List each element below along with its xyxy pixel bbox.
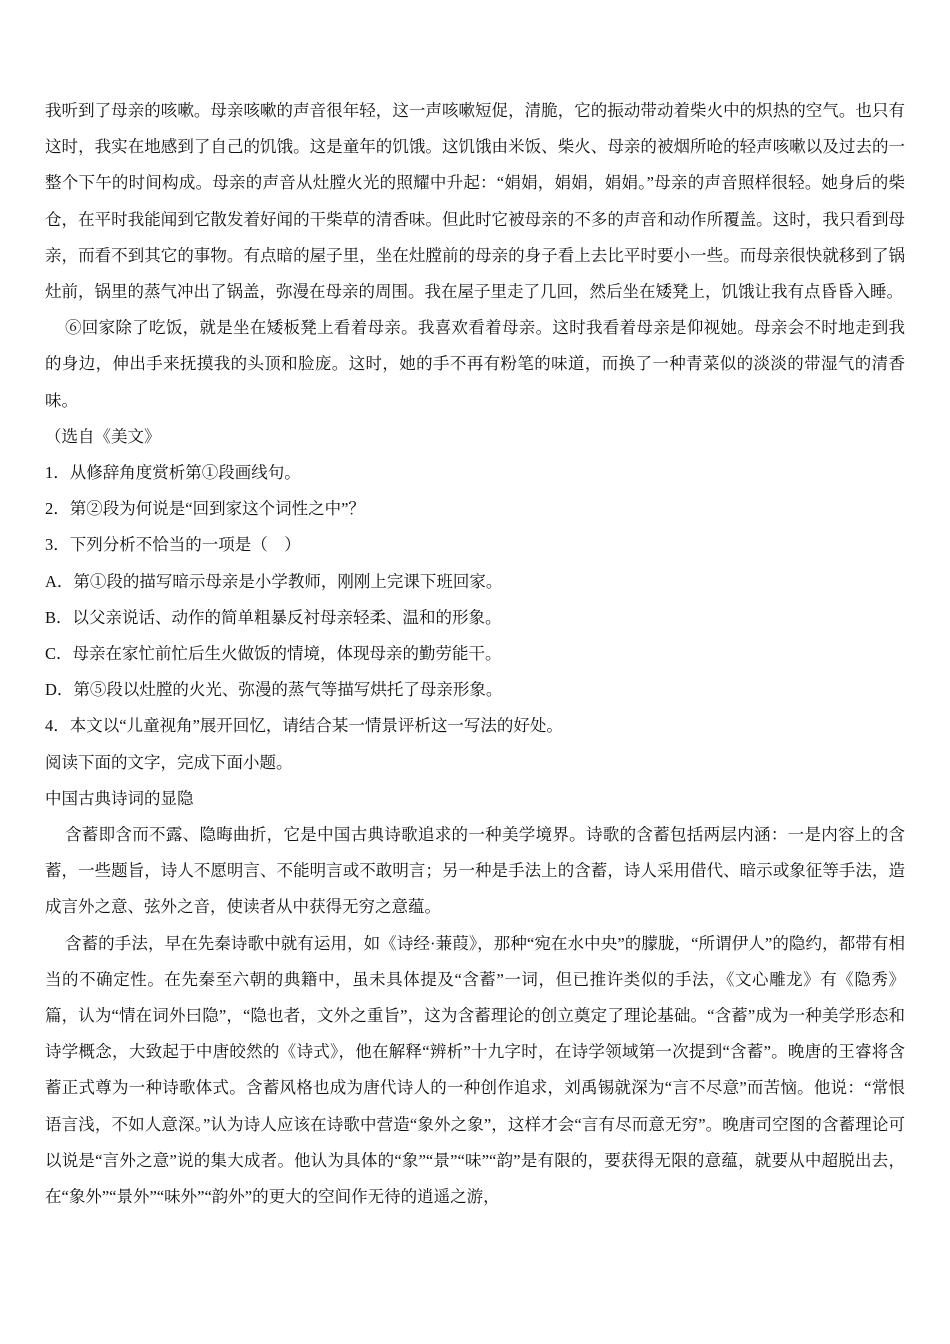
essay-paragraph-2: 含蓄的手法，早在先秦诗歌中就有运用，如《诗经·蒹葭》，那种“宛在水中央”的朦胧，… [45,926,905,1216]
question-4: 4．本文以“儿童视角”展开回忆，请结合某一情景评析这一写法的好处。 [45,708,905,744]
option-d: D．第⑤段以灶膛的火光、弥漫的蒸气等描写烘托了母亲形象。 [45,672,905,708]
essay-paragraph-1: 含蓄即含而不露、隐晦曲折，它是中国古典诗歌追求的一种美学境界。诗歌的含蓄包括两层… [45,817,905,926]
option-b: B．以父亲说话、动作的简单粗暴反衬母亲轻柔、温和的形象。 [45,600,905,636]
question-2: 2．第②段为何说是“回到家这个词性之中”？ [45,491,905,527]
story-paragraph-6: ⑥回家除了吃饭，就是坐在矮板凳上看着母亲。我喜欢看着母亲。这时我看着母亲是仰视她… [45,310,905,419]
question-3: 3．下列分析不恰当的一项是（ ） [45,527,905,563]
story-paragraph-continued: 我听到了母亲的咳嗽。母亲咳嗽的声音很年轻，这一声咳嗽短促，清脆，它的振动带动着柴… [45,93,905,310]
question-1: 1．从修辞角度赏析第①段画线句。 [45,455,905,491]
document-page: 我听到了母亲的咳嗽。母亲咳嗽的声音很年轻，这一声咳嗽短促，清脆，它的振动带动着柴… [0,0,950,1344]
option-c: C．母亲在家忙前忙后生火做饭的情境，体现母亲的勤劳能干。 [45,636,905,672]
essay-title: 中国古典诗词的显隐 [45,781,905,817]
option-a: A．第①段的描写暗示母亲是小学教师，刚刚上完课下班回家。 [45,564,905,600]
source-attribution: （选自《美文》 [45,419,905,455]
reading-instruction: 阅读下面的文字，完成下面小题。 [45,745,905,781]
